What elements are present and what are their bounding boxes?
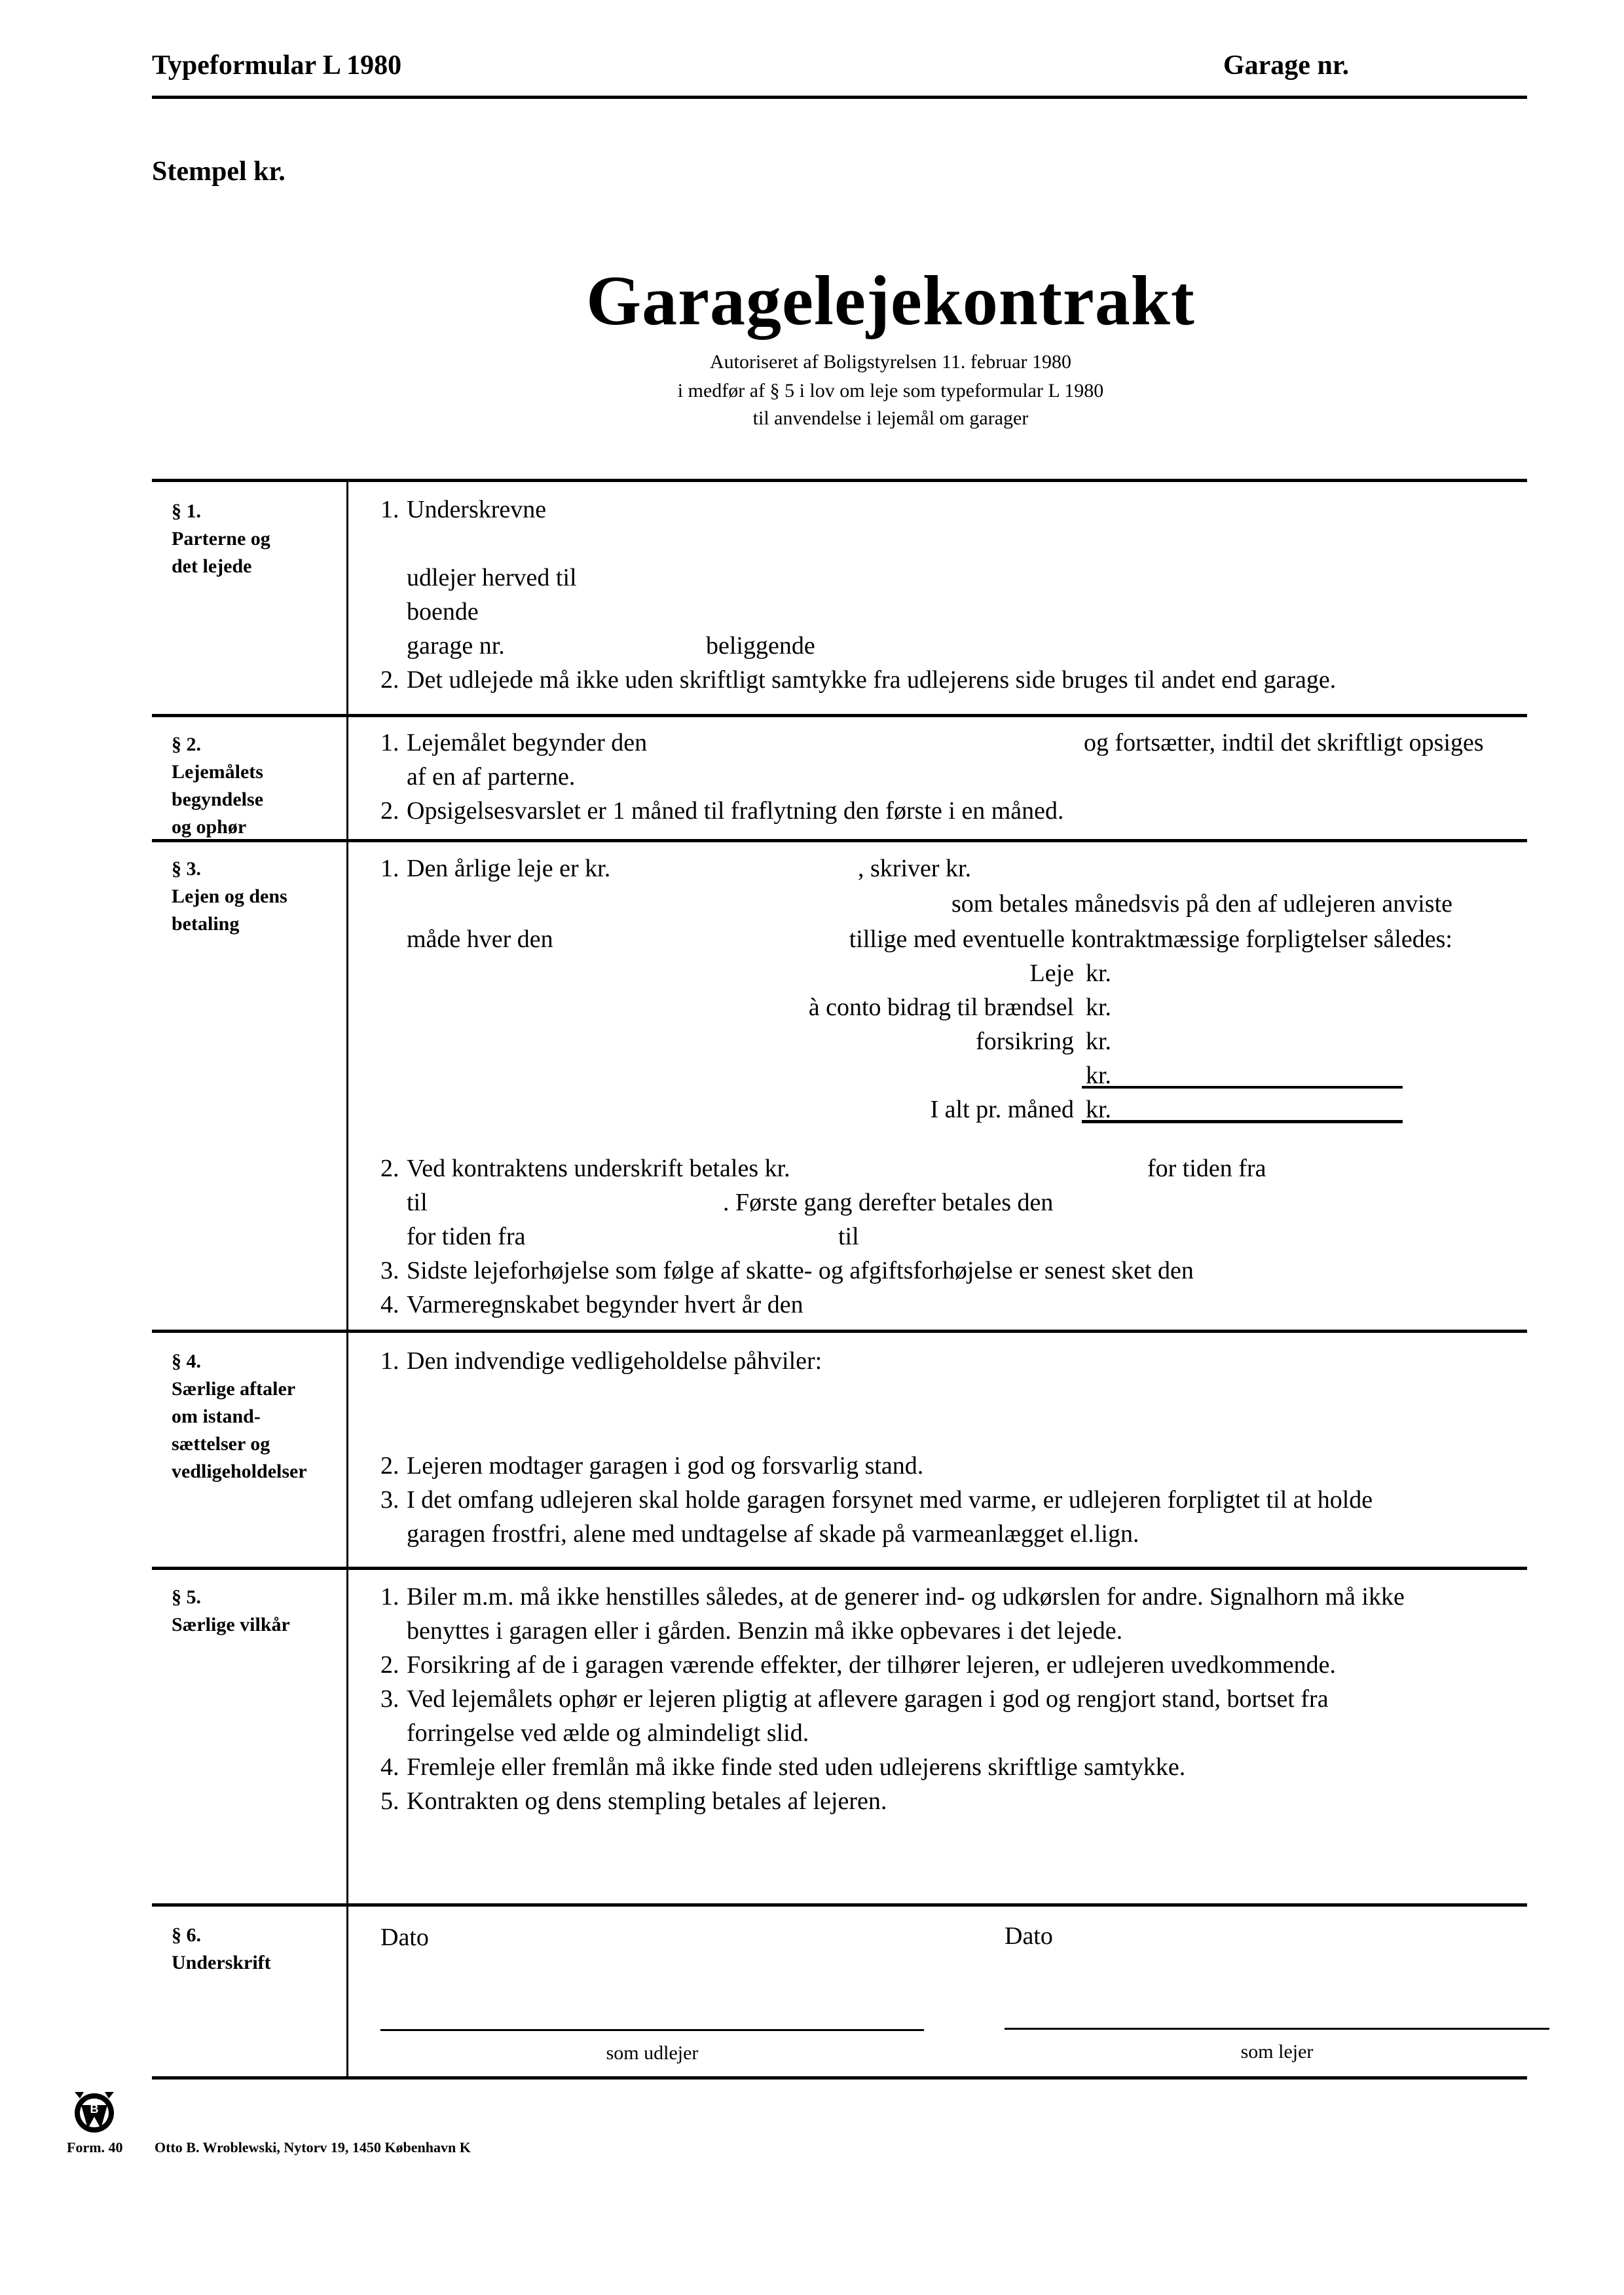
s5-item-2-number: 2.	[380, 1648, 407, 1682]
s4-p3-text: I det omfang udlejeren skal holde garage…	[407, 1486, 1373, 1514]
s2-p2-number: 2.	[380, 794, 407, 828]
section-rule-5	[152, 1567, 1527, 1570]
s2-p1-number: 1.	[380, 726, 407, 760]
section-2-title-line-1: Lejemålets	[172, 758, 263, 786]
s3-subtotal-rule	[1082, 1086, 1403, 1089]
section-1-number: § 1.	[172, 498, 270, 525]
s5-item-4: 4.Fremleje eller fremlån må ikke finde s…	[380, 1750, 1185, 1784]
s1-p2-text: Det udlejede må ikke uden skriftligt sam…	[407, 666, 1336, 694]
s5-item-2-text: Forsikring af de i garagen værende effek…	[407, 1651, 1336, 1679]
s3-p1-line3a: måde hver den	[407, 922, 553, 956]
s5-item-1: 1.Biler m.m. må ikke henstilles således,…	[380, 1580, 1405, 1614]
section-3-title-line-2: betaling	[172, 910, 287, 938]
landlord-date-label: Dato	[380, 1920, 429, 1954]
s1-p1-line3: boende	[407, 595, 479, 629]
section-2-title-line-2: begyndelse	[172, 786, 263, 813]
s5-item-3-line2: forringelse ved ælde og almindeligt slid…	[407, 1716, 809, 1750]
s4-p2-text: Lejeren modtager garagen i god og forsva…	[407, 1452, 923, 1480]
section-rule-6	[152, 1903, 1527, 1907]
form-number: Form. 40	[67, 2139, 123, 2156]
s3-p1-line2: som betales månedsvis på den af udlejere…	[951, 887, 1452, 921]
s2-p1-right: og fortsætter, indtil det skriftligt ops…	[1084, 726, 1484, 760]
s5-item-1-line2: benyttes i garagen eller i gården. Benzi…	[407, 1614, 1122, 1648]
s3-total-rule	[1082, 1120, 1403, 1123]
landlord-signature-line[interactable]	[380, 2029, 924, 2031]
s3-breakdown-label-fuel: à conto bidrag til brændsel	[809, 990, 1074, 1024]
s4-p1-text: Den indvendige vedligeholdelse påhviler:	[407, 1347, 822, 1375]
section-2-number: § 2.	[172, 731, 263, 758]
section-6-label: § 6. Underskrift	[172, 1922, 271, 1977]
s2-p2-text: Opsigelsesvarslet er 1 måned til fraflyt…	[407, 797, 1064, 825]
section-5-number: § 5.	[172, 1584, 290, 1611]
stamp-label: Stempel kr.	[152, 156, 286, 187]
s1-p1-line4b: beliggende	[706, 629, 815, 663]
publisher-logo-icon: B	[71, 2088, 118, 2135]
s4-p3-number: 3.	[380, 1483, 407, 1517]
s2-p2: 2.Opsigelsesvarslet er 1 måned til frafl…	[380, 794, 1064, 828]
section-rule-4	[152, 1330, 1527, 1333]
s2-p1-line2: af en af parterne.	[407, 760, 575, 794]
s3-p2-line2b: . Første gang derefter betales den	[723, 1185, 1053, 1220]
s3-p3-text: Sidste lejeforhøjelse som følge af skatt…	[407, 1257, 1194, 1284]
section-3-number: § 3.	[172, 855, 287, 883]
s3-p2-number: 2.	[380, 1151, 407, 1185]
s1-p2: 2.Det udlejede må ikke uden skriftligt s…	[380, 663, 1336, 697]
tenant-signature-line[interactable]	[1005, 2028, 1549, 2030]
s3-p2: 2.Ved kontraktens underskrift betales kr…	[380, 1151, 790, 1185]
section-6-number: § 6.	[172, 1922, 271, 1949]
s3-p2-text: Ved kontraktens underskrift betales kr.	[407, 1155, 790, 1182]
section-2-label: § 2. Lejemålets begyndelse og ophør	[172, 731, 263, 841]
garage-number-label: Garage nr.	[1223, 50, 1349, 81]
section-rule-top	[152, 479, 1527, 482]
s4-p2-number: 2.	[380, 1449, 407, 1483]
s3-p1-text: Den årlige leje er kr.	[407, 855, 610, 882]
s3-p1-line3b: tillige med eventuelle kontraktmæssige f…	[849, 922, 1452, 956]
landlord-signature-caption: som udlejer	[380, 2042, 924, 2064]
section-1-title-line-1: Parterne og	[172, 525, 270, 553]
s3-p4-text: Varmeregnskabet begynder hvert år den	[407, 1291, 803, 1318]
s3-breakdown-label-rent: Leje	[1029, 956, 1074, 990]
s3-p1-mid: , skriver kr.	[858, 851, 971, 886]
section-4-title-line-3: sættelser og	[172, 1430, 307, 1458]
s5-item-5: 5.Kontrakten og dens stempling betales a…	[380, 1784, 887, 1818]
s3-breakdown-kr-rent: kr.	[1086, 956, 1111, 990]
s2-p1-text: Lejemålet begynder den	[407, 729, 647, 756]
section-4-number: § 4.	[172, 1348, 307, 1375]
s3-total-label: I alt pr. måned	[931, 1092, 1074, 1127]
section-2-title-line-3: og ophør	[172, 813, 263, 841]
section-5-title-line-1: Særlige vilkår	[172, 1611, 290, 1639]
s5-item-3-number: 3.	[380, 1682, 407, 1716]
publisher-address: Otto B. Wroblewski, Nytorv 19, 1450 Købe…	[155, 2139, 471, 2156]
section-1-label: § 1. Parterne og det lejede	[172, 498, 270, 580]
section-4-label: § 4. Særlige aftaler om istand- sættelse…	[172, 1348, 307, 1485]
s3-p3: 3.Sidste lejeforhøjelse som følge af ska…	[380, 1254, 1194, 1288]
section-5-label: § 5. Særlige vilkår	[172, 1584, 290, 1639]
s5-item-1-number: 1.	[380, 1580, 407, 1614]
s3-breakdown-label-insurance: forsikring	[976, 1024, 1074, 1058]
s3-p3-number: 3.	[380, 1254, 407, 1288]
section-3-title-line-1: Lejen og dens	[172, 883, 287, 910]
s5-item-5-text: Kontrakten og dens stempling betales af …	[407, 1787, 887, 1815]
section-4-title-line-4: vedligeholdelser	[172, 1458, 307, 1485]
s1-p1-number: 1.	[380, 493, 407, 527]
s4-p1: 1.Den indvendige vedligeholdelse påhvile…	[380, 1344, 822, 1378]
s3-p4-number: 4.	[380, 1288, 407, 1322]
form-type-label: Typeformular L 1980	[152, 50, 401, 81]
s3-p2-line3b: til	[838, 1220, 859, 1254]
s5-item-4-text: Fremleje eller fremlån må ikke finde ste…	[407, 1753, 1185, 1781]
s5-item-2: 2.Forsikring af de i garagen værende eff…	[380, 1648, 1336, 1682]
subtitle-line-3: til anvendelse i lejemål om garager	[0, 407, 1624, 430]
section-6-title-line-1: Underskrift	[172, 1949, 271, 1977]
s5-item-3: 3.Ved lejemålets ophør er lejeren pligti…	[380, 1682, 1329, 1716]
subtitle-line-2: i medfør af § 5 i lov om leje som typefo…	[0, 380, 1624, 402]
s3-p2-line3a: for tiden fra	[407, 1220, 525, 1254]
s5-item-1-text: Biler m.m. må ikke henstilles således, a…	[407, 1583, 1405, 1611]
tenant-date-label: Dato	[1005, 1919, 1053, 1953]
section-rule-2	[152, 714, 1527, 717]
subtitle-line-1: Autoriseret af Boligstyrelsen 11. februa…	[0, 351, 1624, 373]
s2-p1: 1.Lejemålet begynder den	[380, 726, 647, 760]
section-1-title-line-2: det lejede	[172, 553, 270, 580]
s3-p2-line2a: til	[407, 1185, 428, 1220]
header-rule	[152, 96, 1527, 99]
column-divider	[346, 480, 348, 2078]
s5-item-5-number: 5.	[380, 1784, 407, 1818]
s1-p1-line2: udlejer herved til	[407, 561, 577, 595]
svg-text:B: B	[90, 2102, 99, 2116]
s1-p1: 1.Underskrevne	[380, 493, 546, 527]
s3-breakdown-kr-insurance: kr.	[1086, 1024, 1111, 1058]
s1-p1-line4a: garage nr.	[407, 629, 505, 663]
s3-p2-right: for tiden fra	[1147, 1151, 1266, 1185]
document-title: Garagelejekontrakt	[0, 261, 1624, 342]
section-3-label: § 3. Lejen og dens betaling	[172, 855, 287, 938]
tenant-signature-caption: som lejer	[1005, 2041, 1549, 2063]
s3-p4: 4.Varmeregnskabet begynder hvert år den	[380, 1288, 803, 1322]
s1-p2-number: 2.	[380, 663, 407, 697]
s4-p3: 3.I det omfang udlejeren skal holde gara…	[380, 1483, 1373, 1517]
s5-item-4-number: 4.	[380, 1750, 407, 1784]
s3-p1-number: 1.	[380, 851, 407, 886]
s4-p2: 2.Lejeren modtager garagen i god og fors…	[380, 1449, 923, 1483]
section-rule-3	[152, 839, 1527, 842]
section-4-title-line-1: Særlige aftaler	[172, 1375, 307, 1403]
s5-item-3-text: Ved lejemålets ophør er lejeren pligtig …	[407, 1685, 1329, 1713]
s1-p1-text: Underskrevne	[407, 496, 546, 523]
s3-p1: 1.Den årlige leje er kr.	[380, 851, 610, 886]
s4-p1-number: 1.	[380, 1344, 407, 1378]
s3-breakdown-kr-fuel: kr.	[1086, 990, 1111, 1024]
section-4-title-line-2: om istand-	[172, 1403, 307, 1430]
section-rule-bottom	[152, 2076, 1527, 2080]
s4-p3-line2: garagen frostfri, alene med undtagelse a…	[407, 1517, 1139, 1551]
